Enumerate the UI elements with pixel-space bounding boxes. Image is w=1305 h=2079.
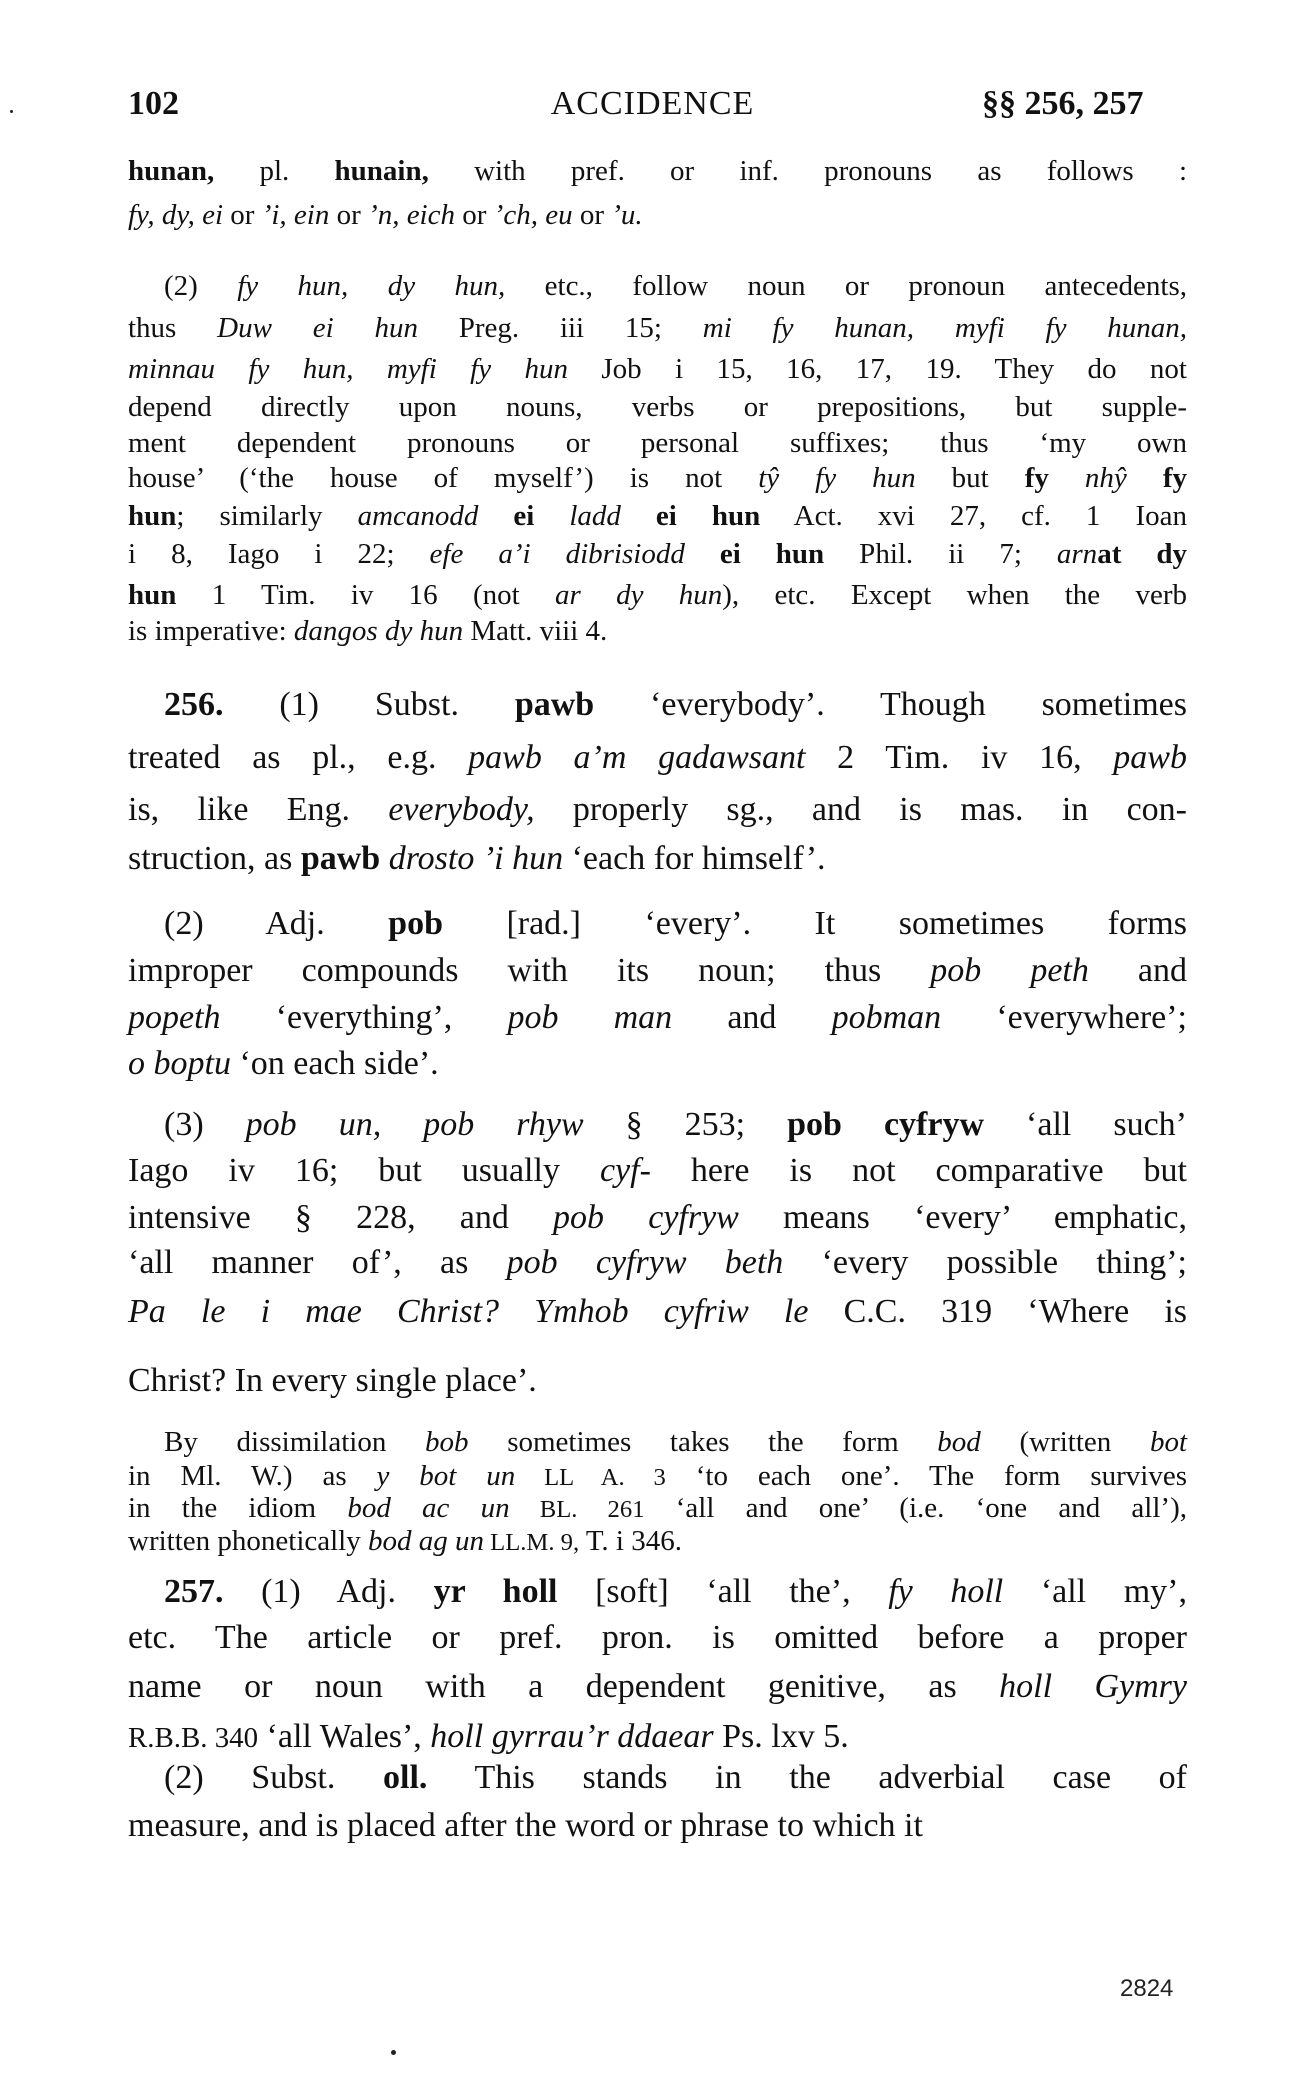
text-run: C.C. 319 ‘Where is <box>808 1293 1187 1330</box>
text-run: Christ? In every single place’. <box>128 1362 537 1399</box>
italic-text: o boptu <box>128 1045 231 1082</box>
text-run: By dissimilation <box>164 1426 425 1458</box>
text-run: ‘every possible thing’; <box>783 1244 1187 1281</box>
bold-text: hun <box>128 500 176 532</box>
bold-text: ei hun <box>685 538 824 570</box>
text-run: R.B.B. 340 <box>128 1722 258 1754</box>
text-run: means ‘every’ emphatic, <box>739 1199 1187 1236</box>
bold-text: hunain, <box>335 155 429 187</box>
bold-text: pawb <box>301 840 380 877</box>
text-line: popeth ‘everything’, pob man and pobman … <box>128 998 1187 1038</box>
italic-text: fy holl <box>888 1573 1003 1610</box>
text-line: is imperative: dangos dy hun Matt. viii … <box>128 614 1187 648</box>
bold-text: pob <box>388 905 443 942</box>
book-page: 102 ACCIDENCE §§ 256, 257 hunan, pl. hun… <box>0 0 1305 2079</box>
italic-text: fy, dy, ei <box>128 199 223 231</box>
text-run: is imperative: <box>128 615 294 647</box>
text-run: Job i 15, 16, 17, 19. They do not <box>568 353 1187 385</box>
italic-text: amcanodd <box>358 500 479 532</box>
text-line: R.B.B. 340 ‘all Wales’, holl gyrrau’r dd… <box>128 1717 1187 1757</box>
text-run: improper compounds with its noun; thus <box>128 952 930 989</box>
italic-text: popeth <box>128 999 221 1036</box>
italic-text: holl gyrrau’r ddaear <box>430 1718 713 1755</box>
text-line: in the idiom bod ac un BL. 261 ‘all and … <box>128 1491 1187 1525</box>
italic-text: pob cyfryw beth <box>507 1244 784 1281</box>
italic-text: bod <box>937 1426 981 1458</box>
italic-text: minnau fy hun, myfi fy hun <box>128 353 568 385</box>
text-line: ‘all manner of’, as pob cyfryw beth ‘eve… <box>128 1243 1187 1283</box>
text-run: (2) Subst. <box>164 1759 383 1796</box>
text-run: or <box>455 199 494 231</box>
text-line: 257. (1) Adj. yr holl [soft] ‘all the’, … <box>164 1572 1187 1612</box>
text-line: in Ml. W.) as y bot un LL A. 3 ‘to each … <box>128 1459 1187 1493</box>
text-line: 256. (1) Subst. pawb ‘everybody’. Though… <box>164 685 1187 725</box>
text-run: ‘all my’, <box>1003 1573 1187 1610</box>
italic-text: pob man <box>507 999 672 1036</box>
text-line: depend directly upon nouns, verbs or pre… <box>128 390 1187 424</box>
bold-text: hunan, <box>128 155 214 187</box>
text-run: BL. 261 <box>510 1496 645 1523</box>
italic-text: pob peth <box>930 952 1089 989</box>
text-run: Phil. ii 7; <box>824 538 1057 570</box>
bold-text: fy <box>1163 462 1187 494</box>
italic-text: Pa le i mae Christ? Ymhob cyfriw le <box>128 1293 808 1330</box>
text-line: intensive § 228, and pob cyfryw means ‘e… <box>128 1198 1187 1238</box>
text-run: here is not comparative but <box>651 1152 1187 1189</box>
text-run: i 8, Iago i 22; <box>128 538 430 570</box>
italic-text: drosto ’i hun <box>380 840 563 877</box>
text-run: 2 Tim. iv 16, <box>805 739 1113 776</box>
text-run: ‘on each side’. <box>231 1045 439 1082</box>
italic-text: nhŷ <box>1049 462 1163 494</box>
text-run: [soft] ‘all the’, <box>557 1573 888 1610</box>
text-line: house’ (‘the house of myself’) is not tŷ… <box>128 461 1187 495</box>
italic-text: y bot un <box>377 1460 516 1492</box>
italic-text: ’n, eich <box>368 199 455 231</box>
text-run: (3) <box>164 1106 246 1143</box>
text-run: ‘everybody’. Though sometimes <box>594 686 1187 723</box>
text-run: (1) Adj. <box>224 1573 434 1610</box>
text-run: or <box>329 199 368 231</box>
bold-text: 257. <box>164 1573 224 1610</box>
bold-text: at dy <box>1097 538 1187 570</box>
text-run: T. i 346. <box>579 1525 682 1557</box>
text-run: written phonetically <box>128 1525 368 1557</box>
text-run: etc., follow noun or pronoun antecedents… <box>505 270 1187 302</box>
text-line: o boptu ‘on each side’. <box>128 1044 1187 1084</box>
bold-text: yr holl <box>434 1573 558 1610</box>
text-run: or <box>573 199 612 231</box>
italic-text: ladd <box>569 500 621 532</box>
text-run: Iago iv 16; but usually <box>128 1152 600 1189</box>
text-run: (1) Subst. <box>224 686 515 723</box>
italic-text: everybody, <box>388 791 534 828</box>
text-line: fy, dy, ei or ’i, ein or ’n, eich or ’ch… <box>128 198 1187 232</box>
bold-text: pob cyfryw <box>787 1106 984 1143</box>
text-run: ment dependent pronouns or personal suff… <box>128 427 1187 459</box>
text-line: (2) Adj. pob [rad.] ‘every’. It sometime… <box>164 904 1187 944</box>
italic-text: arn <box>1057 538 1097 570</box>
text-run: depend directly upon nouns, verbs or pre… <box>128 391 1187 423</box>
text-line: measure, and is placed after the word or… <box>128 1806 1187 1846</box>
scan-speck <box>391 2050 396 2055</box>
italic-text: bob <box>425 1426 469 1458</box>
text-run: ‘all and one’ (i.e. ‘one and all’), <box>645 1492 1187 1524</box>
text-run: but <box>916 462 1025 494</box>
scan-speck <box>10 110 13 113</box>
text-run: (written <box>981 1426 1150 1458</box>
text-run: ‘all Wales’, <box>258 1718 430 1755</box>
italic-text: tŷ fy hun <box>758 462 915 494</box>
italic-text: ’u. <box>611 199 642 231</box>
text-run: properly sg., and is mas. in con- <box>535 791 1187 828</box>
bold-text: oll. <box>383 1759 427 1796</box>
text-run: ), etc. Except when the verb <box>722 579 1187 611</box>
text-line: (2) Subst. oll. This stands in the adver… <box>164 1758 1187 1798</box>
italic-text: pawb a’m gadawsant <box>468 739 805 776</box>
text-run: etc. The article or pref. pron. is omitt… <box>128 1619 1187 1656</box>
text-run: § 253; <box>584 1106 788 1143</box>
text-line: improper compounds with its noun; thus p… <box>128 951 1187 991</box>
text-run: and <box>672 999 831 1036</box>
text-run: is, like Eng. <box>128 791 388 828</box>
text-run: ‘everything’, <box>221 999 508 1036</box>
text-run: [rad.] ‘every’. It sometimes forms <box>443 905 1187 942</box>
section-reference: §§ 256, 257 <box>982 84 1144 124</box>
text-line: (2) fy hun, dy hun, etc., follow noun or… <box>164 269 1187 303</box>
text-run: This stands in the adverbial case of <box>427 1759 1187 1796</box>
text-run: ‘each for himself’. <box>563 840 825 877</box>
text-run: pl. <box>214 155 334 187</box>
text-line: thus Duw ei hun Preg. iii 15; mi fy huna… <box>128 311 1187 345</box>
bold-text: hun <box>128 579 176 611</box>
text-line: Iago iv 16; but usually cyf- here is not… <box>128 1151 1187 1191</box>
italic-text: bod ac un <box>347 1492 509 1524</box>
bold-text: ei hun <box>621 500 760 532</box>
text-line: written phonetically bod ag un LL.M. 9, … <box>128 1524 1187 1558</box>
text-line: By dissimilation bob sometimes takes the… <box>164 1425 1187 1459</box>
text-run: ; similarly <box>176 500 357 532</box>
text-line: ment dependent pronouns or personal suff… <box>128 426 1187 460</box>
text-line: hunan, pl. hunain, with pref. or inf. pr… <box>128 154 1187 188</box>
text-run: in the idiom <box>128 1492 347 1524</box>
italic-text: bot <box>1150 1426 1187 1458</box>
text-run: house’ (‘the house of myself’) is not <box>128 462 758 494</box>
italic-text: dangos dy hun <box>294 615 463 647</box>
text-run: Matt. viii 4. <box>463 615 607 647</box>
text-run: treated as pl., e.g. <box>128 739 468 776</box>
text-run: Preg. iii 15; <box>418 312 703 344</box>
text-line: struction, as pawb drosto ’i hun ‘each f… <box>128 839 1187 879</box>
text-run: (2) Adj. <box>164 905 388 942</box>
bold-text: fy <box>1025 462 1049 494</box>
bold-text: ei <box>478 500 569 532</box>
italic-text: bod ag un <box>368 1525 484 1557</box>
text-line: minnau fy hun, myfi fy hun Job i 15, 16,… <box>128 352 1187 386</box>
text-run: Ps. lxv 5. <box>714 1718 849 1755</box>
text-line: (3) pob un, pob rhyw § 253; pob cyfryw ‘… <box>164 1105 1187 1145</box>
text-line: etc. The article or pref. pron. is omitt… <box>128 1618 1187 1658</box>
text-run: sometimes takes the form <box>469 1426 938 1458</box>
italic-text: Duw ei hun <box>217 312 418 344</box>
text-run: ‘all manner of’, as <box>128 1244 507 1281</box>
italic-text: ar dy hun <box>555 579 722 611</box>
italic-text: ’ch, eu <box>494 199 573 231</box>
text-line: Christ? In every single place’. <box>128 1361 1187 1401</box>
italic-text: fy hun, dy hun, <box>237 270 505 302</box>
scan-number: 2824 <box>1120 1975 1173 2003</box>
text-run: with pref. or inf. pronouns as follows : <box>429 155 1187 187</box>
bold-text: pawb <box>515 686 594 723</box>
text-run: in Ml. W.) as <box>128 1460 377 1492</box>
text-line: hun 1 Tim. iv 16 (not ar dy hun), etc. E… <box>128 578 1187 612</box>
text-run: LL A. 3 <box>515 1464 666 1491</box>
text-line: Pa le i mae Christ? Ymhob cyfriw le C.C.… <box>128 1292 1187 1332</box>
text-run: struction, as <box>128 840 301 877</box>
italic-text: pobman <box>832 999 942 1036</box>
text-run: 1 Tim. iv 16 (not <box>176 579 555 611</box>
text-line: hun; similarly amcanodd ei ladd ei hun A… <box>128 499 1187 533</box>
italic-text: cyf- <box>600 1152 651 1189</box>
text-line: treated as pl., e.g. pawb a’m gadawsant … <box>128 738 1187 778</box>
text-run: ‘everywhere’; <box>941 999 1187 1036</box>
text-line: is, like Eng. everybody, properly sg., a… <box>128 790 1187 830</box>
text-run: ‘to each one’. The form survives <box>666 1460 1187 1492</box>
text-line: i 8, Iago i 22; efe a’i dibrisiodd ei hu… <box>128 537 1187 571</box>
italic-text: ’i, ein <box>262 199 330 231</box>
italic-text: efe a’i dibrisiodd <box>430 538 685 570</box>
text-line: name or noun with a dependent genitive, … <box>128 1667 1187 1707</box>
bold-text: 256. <box>164 686 224 723</box>
text-run: intensive § 228, and <box>128 1199 553 1236</box>
italic-text: mi fy hunan, myfi fy hunan, <box>703 312 1187 344</box>
text-run: measure, and is placed after the word or… <box>128 1807 923 1844</box>
text-run: LL.M. 9, <box>484 1529 579 1556</box>
text-run: ‘all such’ <box>984 1106 1187 1143</box>
italic-text: pob un, pob rhyw <box>246 1106 584 1143</box>
text-run: name or noun with a dependent genitive, … <box>128 1668 999 1705</box>
text-run: (2) <box>164 270 237 302</box>
italic-text: pawb <box>1113 739 1187 776</box>
text-run: and <box>1089 952 1187 989</box>
text-run: or <box>223 199 262 231</box>
text-run: thus <box>128 312 217 344</box>
italic-text: pob cyfryw <box>553 1199 739 1236</box>
italic-text: holl Gymry <box>999 1668 1187 1705</box>
text-run: Act. xvi 27, cf. 1 Ioan <box>760 500 1187 532</box>
